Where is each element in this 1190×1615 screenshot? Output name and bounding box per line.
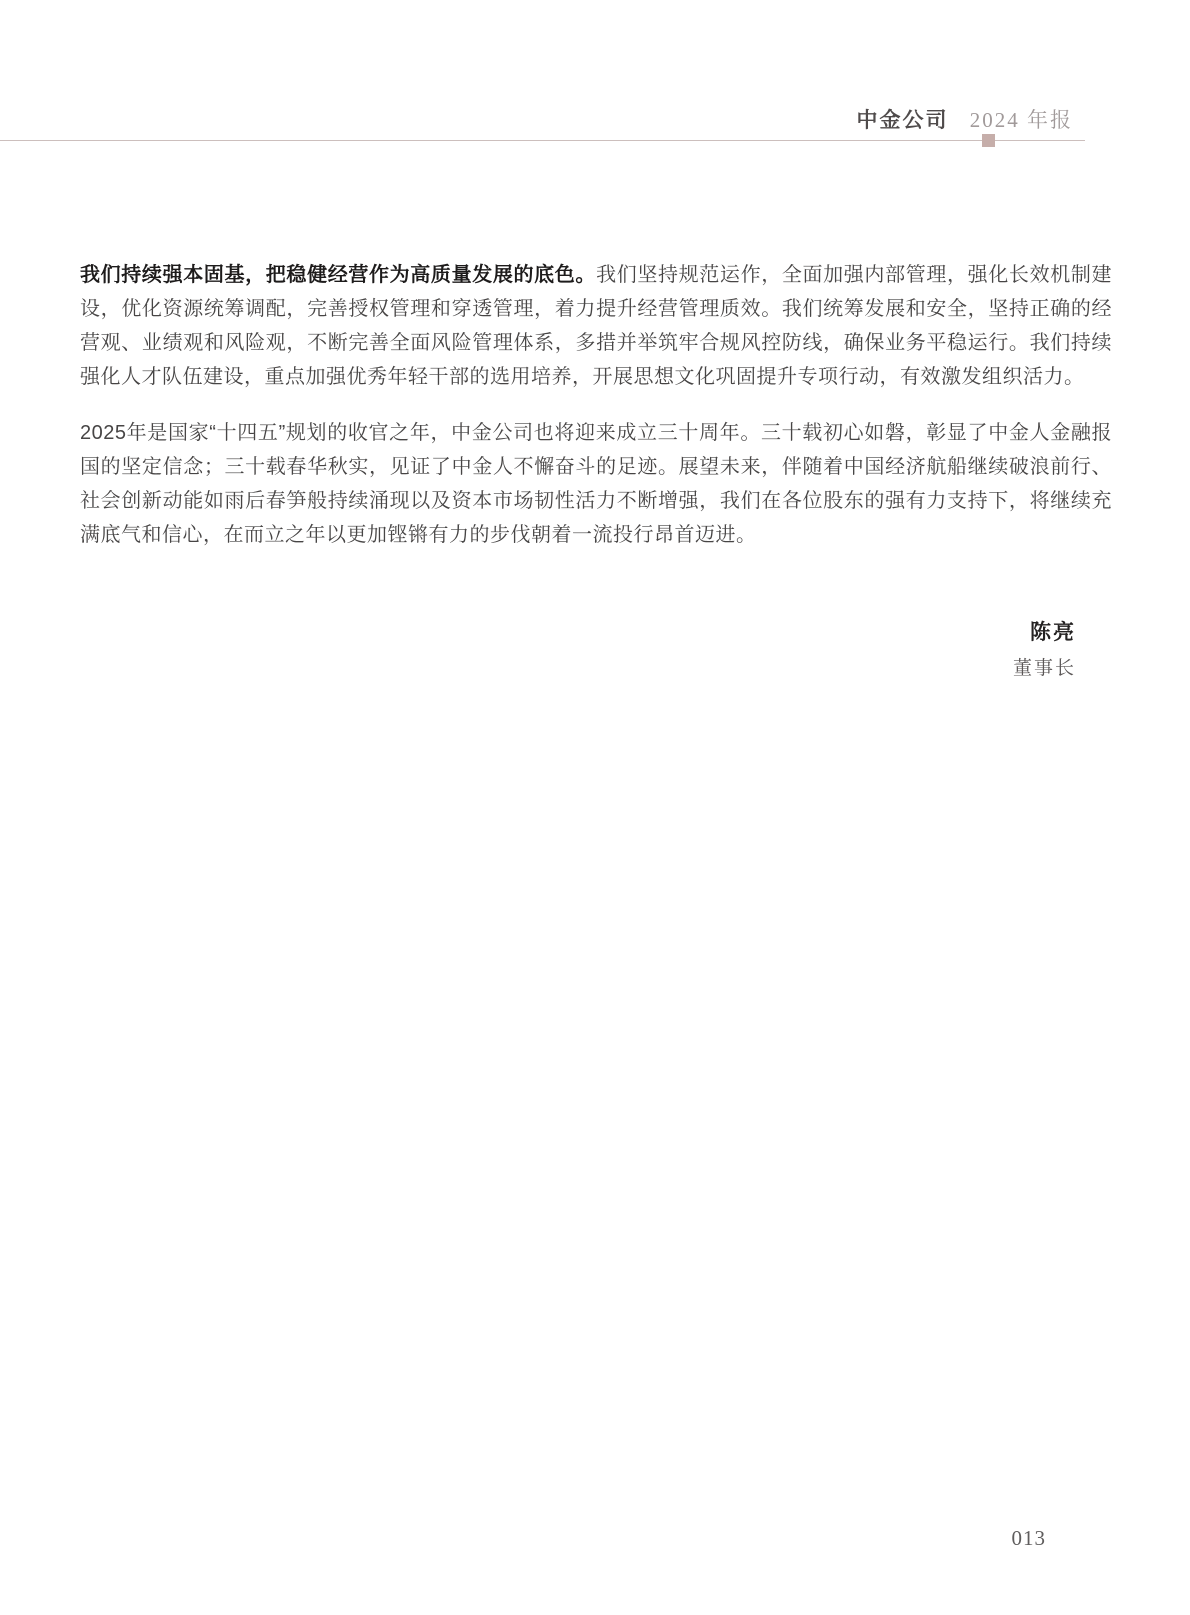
signature-block: 陈亮 董事长 [80, 616, 1112, 686]
page-header: 中金公司 2024 年报 [857, 104, 1074, 134]
paragraph-lead-bold: 我们持续强本固基，把稳健经营作为高质量发展的底色。 [80, 264, 596, 286]
paragraph-operations: 我们持续强本固基，把稳健经营作为高质量发展的底色。我们坚持规范运作，全面加强内部… [80, 258, 1112, 394]
chairman-title: 董事长 [80, 652, 1076, 686]
header-divider-line [0, 140, 1085, 141]
report-page: 中金公司 2024 年报 我们持续强本固基，把稳健经营作为高质量发展的底色。我们… [0, 0, 1190, 1615]
header-report-title: 2024 年报 [970, 108, 1073, 132]
chairman-name: 陈亮 [80, 616, 1076, 650]
header-company-name: 中金公司 [857, 108, 949, 132]
paragraph-outlook: 2025年是国家“十四五”规划的收官之年，中金公司也将迎来成立三十周年。三十载初… [80, 416, 1112, 552]
page-number: 013 [1012, 1526, 1047, 1551]
letter-body: 我们持续强本固基，把稳健经营作为高质量发展的底色。我们坚持规范运作，全面加强内部… [80, 258, 1112, 686]
header-divider-square [982, 134, 995, 147]
